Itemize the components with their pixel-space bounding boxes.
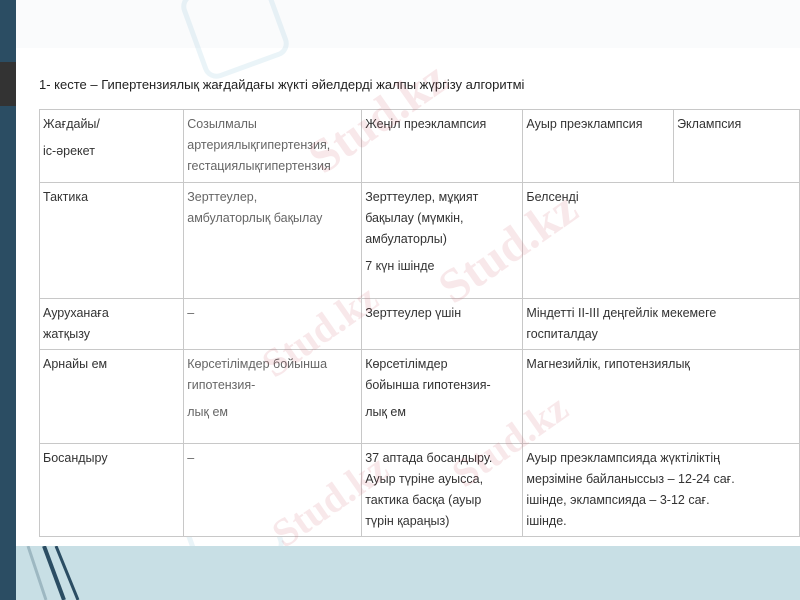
cell-text: бақылау (мүмкін, xyxy=(365,208,519,229)
cell-text: Тактика xyxy=(43,187,180,208)
severe-eclampsia-cell: Ауыр преэклампсияда жүктіліктіңмерзіміне… xyxy=(523,444,800,537)
cell-text: жатқызу xyxy=(43,324,180,345)
cell-text: ішінде, эклампсияда – 3-12 сағ. xyxy=(526,490,796,511)
cell-text: артериялықгипертензия, xyxy=(187,135,358,156)
mild-preeclampsia-cell: 37 аптада босандыру.Ауыр түріне ауысса,т… xyxy=(362,444,523,537)
algorithm-table: Жағдайы/іс-әрекетСозылмалыартериялықгипе… xyxy=(39,109,800,537)
chronic-hypertension-cell: – xyxy=(184,444,362,537)
cell-text: Эклампсия xyxy=(677,114,796,135)
cell-text: ішінде. xyxy=(526,511,796,532)
severe-eclampsia-cell: Міндетті ІІ-ІІІ деңгейлік мекемеге госпи… xyxy=(523,299,800,350)
cell-text: 37 аптада босандыру. xyxy=(365,448,519,469)
cell-text: түрін қараңыз) xyxy=(365,511,519,532)
cell-text: Зерттеулер, xyxy=(187,187,358,208)
table-row: Ауруханағажатқызу–Зерттеулер үшінМіндетт… xyxy=(40,299,800,350)
table-caption: 1- кесте – Гипертензиялық жағдайдағы жүк… xyxy=(39,77,524,92)
slide-accent-block xyxy=(0,62,16,106)
cell-text: – xyxy=(187,448,358,469)
cell-text: Ауыр түріне ауысса, xyxy=(365,469,519,490)
header-cell: Ауыр преэклампсия xyxy=(523,110,674,183)
slide-left-accent-bar xyxy=(0,0,16,600)
decorative-lines-icon xyxy=(16,546,800,600)
mild-preeclampsia-cell: Зерттеулер, мұқиятбақылау (мүмкін,амбула… xyxy=(362,183,523,299)
cell-text: гестациялықгипертензия xyxy=(187,156,358,177)
table-row: Босандыру–37 аптада босандыру.Ауыр түрін… xyxy=(40,444,800,537)
cell-text: Босандыру xyxy=(43,448,180,469)
cell-text: гипотензия- xyxy=(187,375,358,396)
severe-eclampsia-cell: Магнезийлік, гипотензиялық xyxy=(523,350,800,444)
cell-text: Ауруханаға xyxy=(43,303,180,324)
cell-text: 7 күн ішінде xyxy=(365,256,519,277)
cell-text: Созылмалы xyxy=(187,114,358,135)
cell-text: лық ем xyxy=(365,402,519,423)
slide-bottom-band xyxy=(16,546,800,600)
cell-text: Белсенді xyxy=(526,187,796,208)
header-cell: Эклампсия xyxy=(674,110,800,183)
chronic-hypertension-cell: Көрсетілімдер бойыншагипотензия-лық ем xyxy=(184,350,362,444)
chronic-hypertension-cell: Зерттеулер,амбулаторлық бақылау xyxy=(184,183,362,299)
cell-text: госпиталдау xyxy=(526,324,796,345)
header-cell: Созылмалыартериялықгипертензия,гестациял… xyxy=(184,110,362,183)
mild-preeclampsia-cell: Зерттеулер үшін xyxy=(362,299,523,350)
cell-text: Жағдайы/ xyxy=(43,114,180,135)
table-row: Арнайы емКөрсетілімдер бойыншагипотензия… xyxy=(40,350,800,444)
header-cell: Жеңіл преэклампсия xyxy=(362,110,523,183)
cell-text: Зерттеулер үшін xyxy=(365,303,519,324)
row-label-cell: Босандыру xyxy=(40,444,184,537)
cell-text: амбулаторлық бақылау xyxy=(187,208,358,229)
cell-text: Міндетті ІІ-ІІІ деңгейлік мекемеге xyxy=(526,303,796,324)
cell-text: Зерттеулер, мұқият xyxy=(365,187,519,208)
cell-text: амбулаторлы) xyxy=(365,229,519,250)
row-label-cell: Ауруханағажатқызу xyxy=(40,299,184,350)
slide-top-band xyxy=(16,0,800,48)
cell-text: Магнезийлік, гипотензиялық xyxy=(526,354,796,375)
row-label-cell: Арнайы ем xyxy=(40,350,184,444)
cell-text: мерзіміне байланыссыз – 12-24 сағ. xyxy=(526,469,796,490)
cell-text: – xyxy=(187,303,358,324)
cell-text: лық ем xyxy=(187,402,358,423)
cell-text: Көрсетілімдер xyxy=(365,354,519,375)
chronic-hypertension-cell: – xyxy=(184,299,362,350)
cell-text: Арнайы ем xyxy=(43,354,180,375)
row-label-cell: Тактика xyxy=(40,183,184,299)
header-cell: Жағдайы/іс-әрекет xyxy=(40,110,184,183)
cell-text: Ауыр преэклампсия xyxy=(526,114,670,135)
cell-text: Жеңіл преэклампсия xyxy=(365,114,519,135)
cell-text: Көрсетілімдер бойынша xyxy=(187,354,358,375)
table-row: ТактикаЗерттеулер,амбулаторлық бақылауЗе… xyxy=(40,183,800,299)
cell-text: Ауыр преэклампсияда жүктіліктің xyxy=(526,448,796,469)
cell-text: бойынша гипотензия- xyxy=(365,375,519,396)
cell-text: тактика басқа (ауыр xyxy=(365,490,519,511)
severe-eclampsia-cell: Белсенді xyxy=(523,183,800,299)
table-header-row: Жағдайы/іс-әрекетСозылмалыартериялықгипе… xyxy=(40,110,800,183)
cell-text: іс-әрекет xyxy=(43,141,180,162)
mild-preeclampsia-cell: Көрсетілімдербойынша гипотензия-лық ем xyxy=(362,350,523,444)
